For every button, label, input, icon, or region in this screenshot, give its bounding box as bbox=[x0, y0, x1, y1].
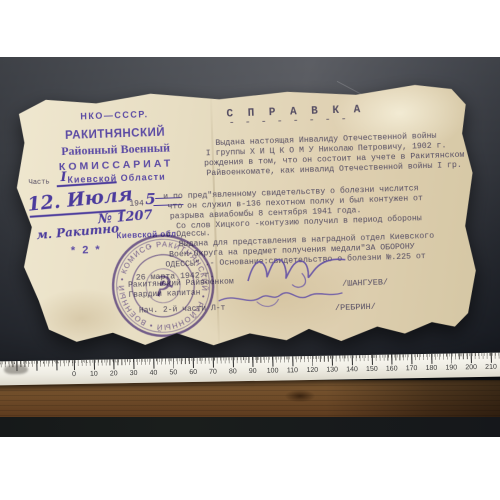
part-label: Часть bbox=[29, 178, 50, 187]
ruler-number-200: 200 bbox=[465, 364, 477, 371]
paper-sheet: НКО—СССР. РАКИТНЯНСКИЙ Районный Военный … bbox=[14, 81, 479, 360]
ruler-number-160: 160 bbox=[386, 365, 398, 372]
ruler-number-170: 170 bbox=[406, 365, 418, 372]
ruler-number-60: 60 bbox=[189, 369, 197, 376]
ruler-number-180: 180 bbox=[426, 365, 438, 372]
ruler-number-110: 110 bbox=[287, 367, 298, 374]
dark-strip-under-wood bbox=[0, 417, 500, 437]
ruler-number-90: 90 bbox=[249, 368, 257, 375]
ruler-number-130: 130 bbox=[326, 366, 338, 373]
ruler-number-120: 120 bbox=[306, 367, 318, 374]
ruler-brand-mark bbox=[4, 365, 28, 374]
ruler-number-40: 40 bbox=[150, 370, 158, 377]
letterhead-nko: НКО—СССР. bbox=[22, 107, 206, 123]
year-printed: 194 bbox=[129, 199, 144, 208]
ruler-number-30: 30 bbox=[130, 370, 138, 377]
letterhead-stamp: НКО—СССР. РАКИТНЯНСКИЙ Районный Военный … bbox=[22, 107, 208, 186]
part-value-handwritten: I bbox=[60, 170, 67, 185]
photo-background: НКО—СССР. РАКИТНЯНСКИЙ Районный Военный … bbox=[0, 57, 500, 437]
signature2-ink-flourish bbox=[216, 283, 347, 315]
ruler-number-0: 0 bbox=[72, 371, 76, 378]
place-handwritten: м. Ракитно bbox=[36, 221, 120, 242]
ruler-number-190: 190 bbox=[445, 364, 457, 371]
ruler-number-150: 150 bbox=[366, 366, 378, 373]
ruler-number-80: 80 bbox=[229, 368, 237, 375]
ruler-number-10: 10 bbox=[90, 371, 98, 378]
ruler-number-210: 210 bbox=[485, 364, 497, 371]
wood-plank bbox=[0, 380, 500, 418]
ruler-number-70: 70 bbox=[209, 369, 217, 376]
ruler-number-100: 100 bbox=[267, 368, 279, 375]
ruler-number-50: 50 bbox=[169, 369, 177, 376]
round-seal-stamp: • РАКИТНЯНСКИЙ • РАЙОННЫЙ • ВОЕННЫЙ • КО… bbox=[94, 217, 232, 355]
ruler-number-140: 140 bbox=[346, 366, 358, 373]
ruler-number-20: 20 bbox=[110, 370, 118, 377]
certificate-document: НКО—СССР. РАКИТНЯНСКИЙ Районный Военный … bbox=[14, 81, 479, 360]
